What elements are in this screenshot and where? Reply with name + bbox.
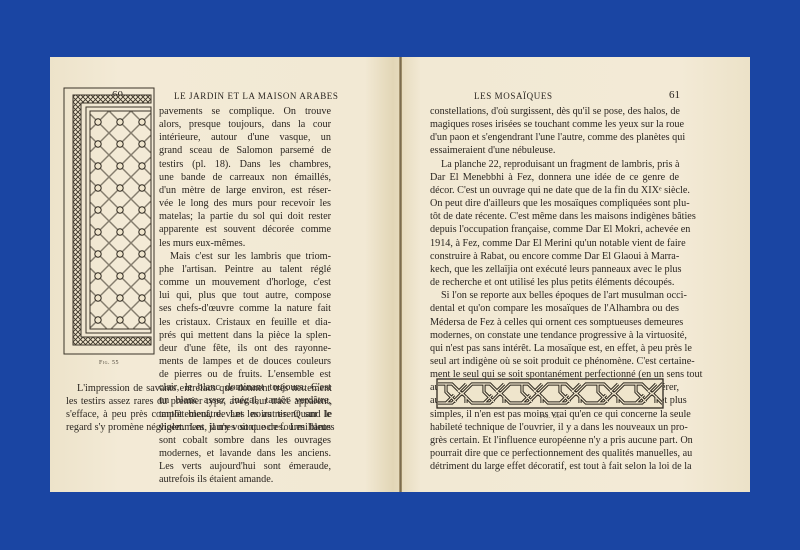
figure-56-caption: Fig. 56 bbox=[436, 414, 664, 420]
text-line: pourrait dire que ce perfectionnement de… bbox=[430, 447, 679, 460]
text-line: L'impression de savants entrelacs que do… bbox=[66, 382, 332, 395]
text-line: 1914, à Fez, comme Dar El Merini qu'un n… bbox=[430, 237, 679, 250]
text-line: modernes, et lavande dans les anciens. bbox=[159, 447, 331, 460]
text-line: grand sceau de Salomon parsemé de bbox=[159, 144, 331, 157]
left-full-width-text: L'impression de savants entrelacs que do… bbox=[66, 382, 332, 435]
text-line: décor. C'est un ouvrage qui ne date que … bbox=[430, 184, 679, 197]
text-line: ses chefs-d'œuvre comme la nature fait bbox=[159, 302, 331, 315]
text-line: Dar El Menebbhi à Fez, donnera une idée … bbox=[430, 171, 679, 184]
text-line: s'efface, à peu près complètement, devan… bbox=[66, 408, 332, 421]
running-head: LES MOSAÏQUES bbox=[474, 91, 553, 101]
text-line: Les verts aujourd'hui sont émeraude, bbox=[159, 460, 331, 473]
text-line: On peut dire d'ailleurs que les mosaïque… bbox=[430, 197, 679, 210]
text-line: comme un mouvement d'horloge, c'est bbox=[159, 276, 331, 289]
open-book-spread: 60 LE JARDIN ET LA MAISON ARABES Fig. 55 bbox=[50, 57, 750, 492]
text-line: pavements se complique. On trouve bbox=[159, 105, 331, 118]
text-line: tôt de date récente. C'est même dans les… bbox=[430, 210, 679, 223]
text-line: phe l'artisan. Peintre au talent réglé bbox=[159, 263, 331, 276]
figure-56-interlace-band bbox=[436, 378, 664, 409]
text-line: apparente est souvent décorée comme bbox=[159, 223, 331, 236]
text-line: sont cobalt sombre dans les ouvrages bbox=[159, 434, 331, 447]
running-head: LE JARDIN ET LA MAISON ARABES bbox=[174, 91, 339, 101]
text-line: essaimeraient d'une nébuleuse. bbox=[430, 144, 679, 157]
text-line: une bande de carreaux non émaillés, bbox=[159, 171, 331, 184]
text-line: vée le long des murs pour recevoir les bbox=[159, 197, 331, 210]
text-line: détriment du large effet décoratif, est … bbox=[430, 460, 679, 473]
right-page: LES MOSAÏQUES 61 constellations, d'où su… bbox=[402, 57, 750, 492]
text-line: alors, presque toujours, dans la cour bbox=[159, 118, 331, 131]
text-line: grès certain. Et l'influence européenne … bbox=[430, 434, 679, 447]
text-line: ments de lampes et de douces couleurs bbox=[159, 355, 331, 368]
text-line: construire à Rabat, ou encore comme Dar … bbox=[430, 250, 679, 263]
text-line: les testirs assez rares du premier type,… bbox=[66, 395, 332, 408]
text-line: Médersa de Fez à celles qui ornent ces s… bbox=[430, 316, 679, 329]
page-number: 61 bbox=[669, 89, 680, 101]
text-line: depuis l'occupation française, comme Dar… bbox=[430, 223, 679, 236]
left-page: 60 LE JARDIN ET LA MAISON ARABES Fig. 55 bbox=[50, 57, 399, 492]
text-line: d'un paon et s'engendrant l'une l'autre,… bbox=[430, 131, 679, 144]
text-line: d'un mètre de large environ, est réser- bbox=[159, 184, 331, 197]
text-line: habileté technique de l'ouvrier, il y a … bbox=[430, 421, 679, 434]
text-line: magiques roses irisées se touchant comme… bbox=[430, 118, 679, 131]
text-line: regard s'y promène négligemment, il n'y … bbox=[66, 421, 332, 434]
text-line: Mais c'est sur les lambris que triom- bbox=[159, 250, 331, 263]
text-line: de pierres ou de fruits. L'ensemble est bbox=[159, 368, 331, 381]
text-line: prés qui mettent dans la pièce la splen- bbox=[159, 329, 331, 342]
text-line: qui n'est pas sans intérêt. La mosaïque … bbox=[430, 342, 679, 355]
text-line: La planche 22, reproduisant un fragment … bbox=[430, 158, 679, 171]
text-line: autrefois ils étaient amande. bbox=[159, 473, 331, 486]
figure-55-caption: Fig. 55 bbox=[63, 360, 155, 366]
text-line: modernes, on constate une tendance progr… bbox=[430, 329, 679, 342]
text-line: les murs eux-mêmes. bbox=[159, 237, 331, 250]
figure-55-lattice-border bbox=[63, 87, 155, 355]
text-line: de recherche et ont utilisé les plus pet… bbox=[430, 276, 679, 289]
text-line: les cristaux. Cristaux en feuille et dia… bbox=[159, 316, 331, 329]
text-line: dental et qu'on compare les mosaïques de… bbox=[430, 302, 679, 315]
text-line: constellations, d'où surgissent, dès qu'… bbox=[430, 105, 679, 118]
text-line: lui qui, plus que tout autre, compose bbox=[159, 289, 331, 302]
text-line: testirs (pl. 18). Dans les chambres, bbox=[159, 158, 331, 171]
text-line: seul art indigène où se soit produit ce … bbox=[430, 355, 679, 368]
text-line: matelas; la partie du sol qui doit reste… bbox=[159, 210, 331, 223]
text-line: intérieure, autour d'une vasque, un bbox=[159, 131, 331, 144]
text-line: deur d'une fête, ils ont des rayonne- bbox=[159, 342, 331, 355]
text-line: Si l'on se reporte aux belles époques de… bbox=[430, 289, 679, 302]
text-line: kech, que les zellaïjia ont exécuté leur… bbox=[430, 263, 679, 276]
